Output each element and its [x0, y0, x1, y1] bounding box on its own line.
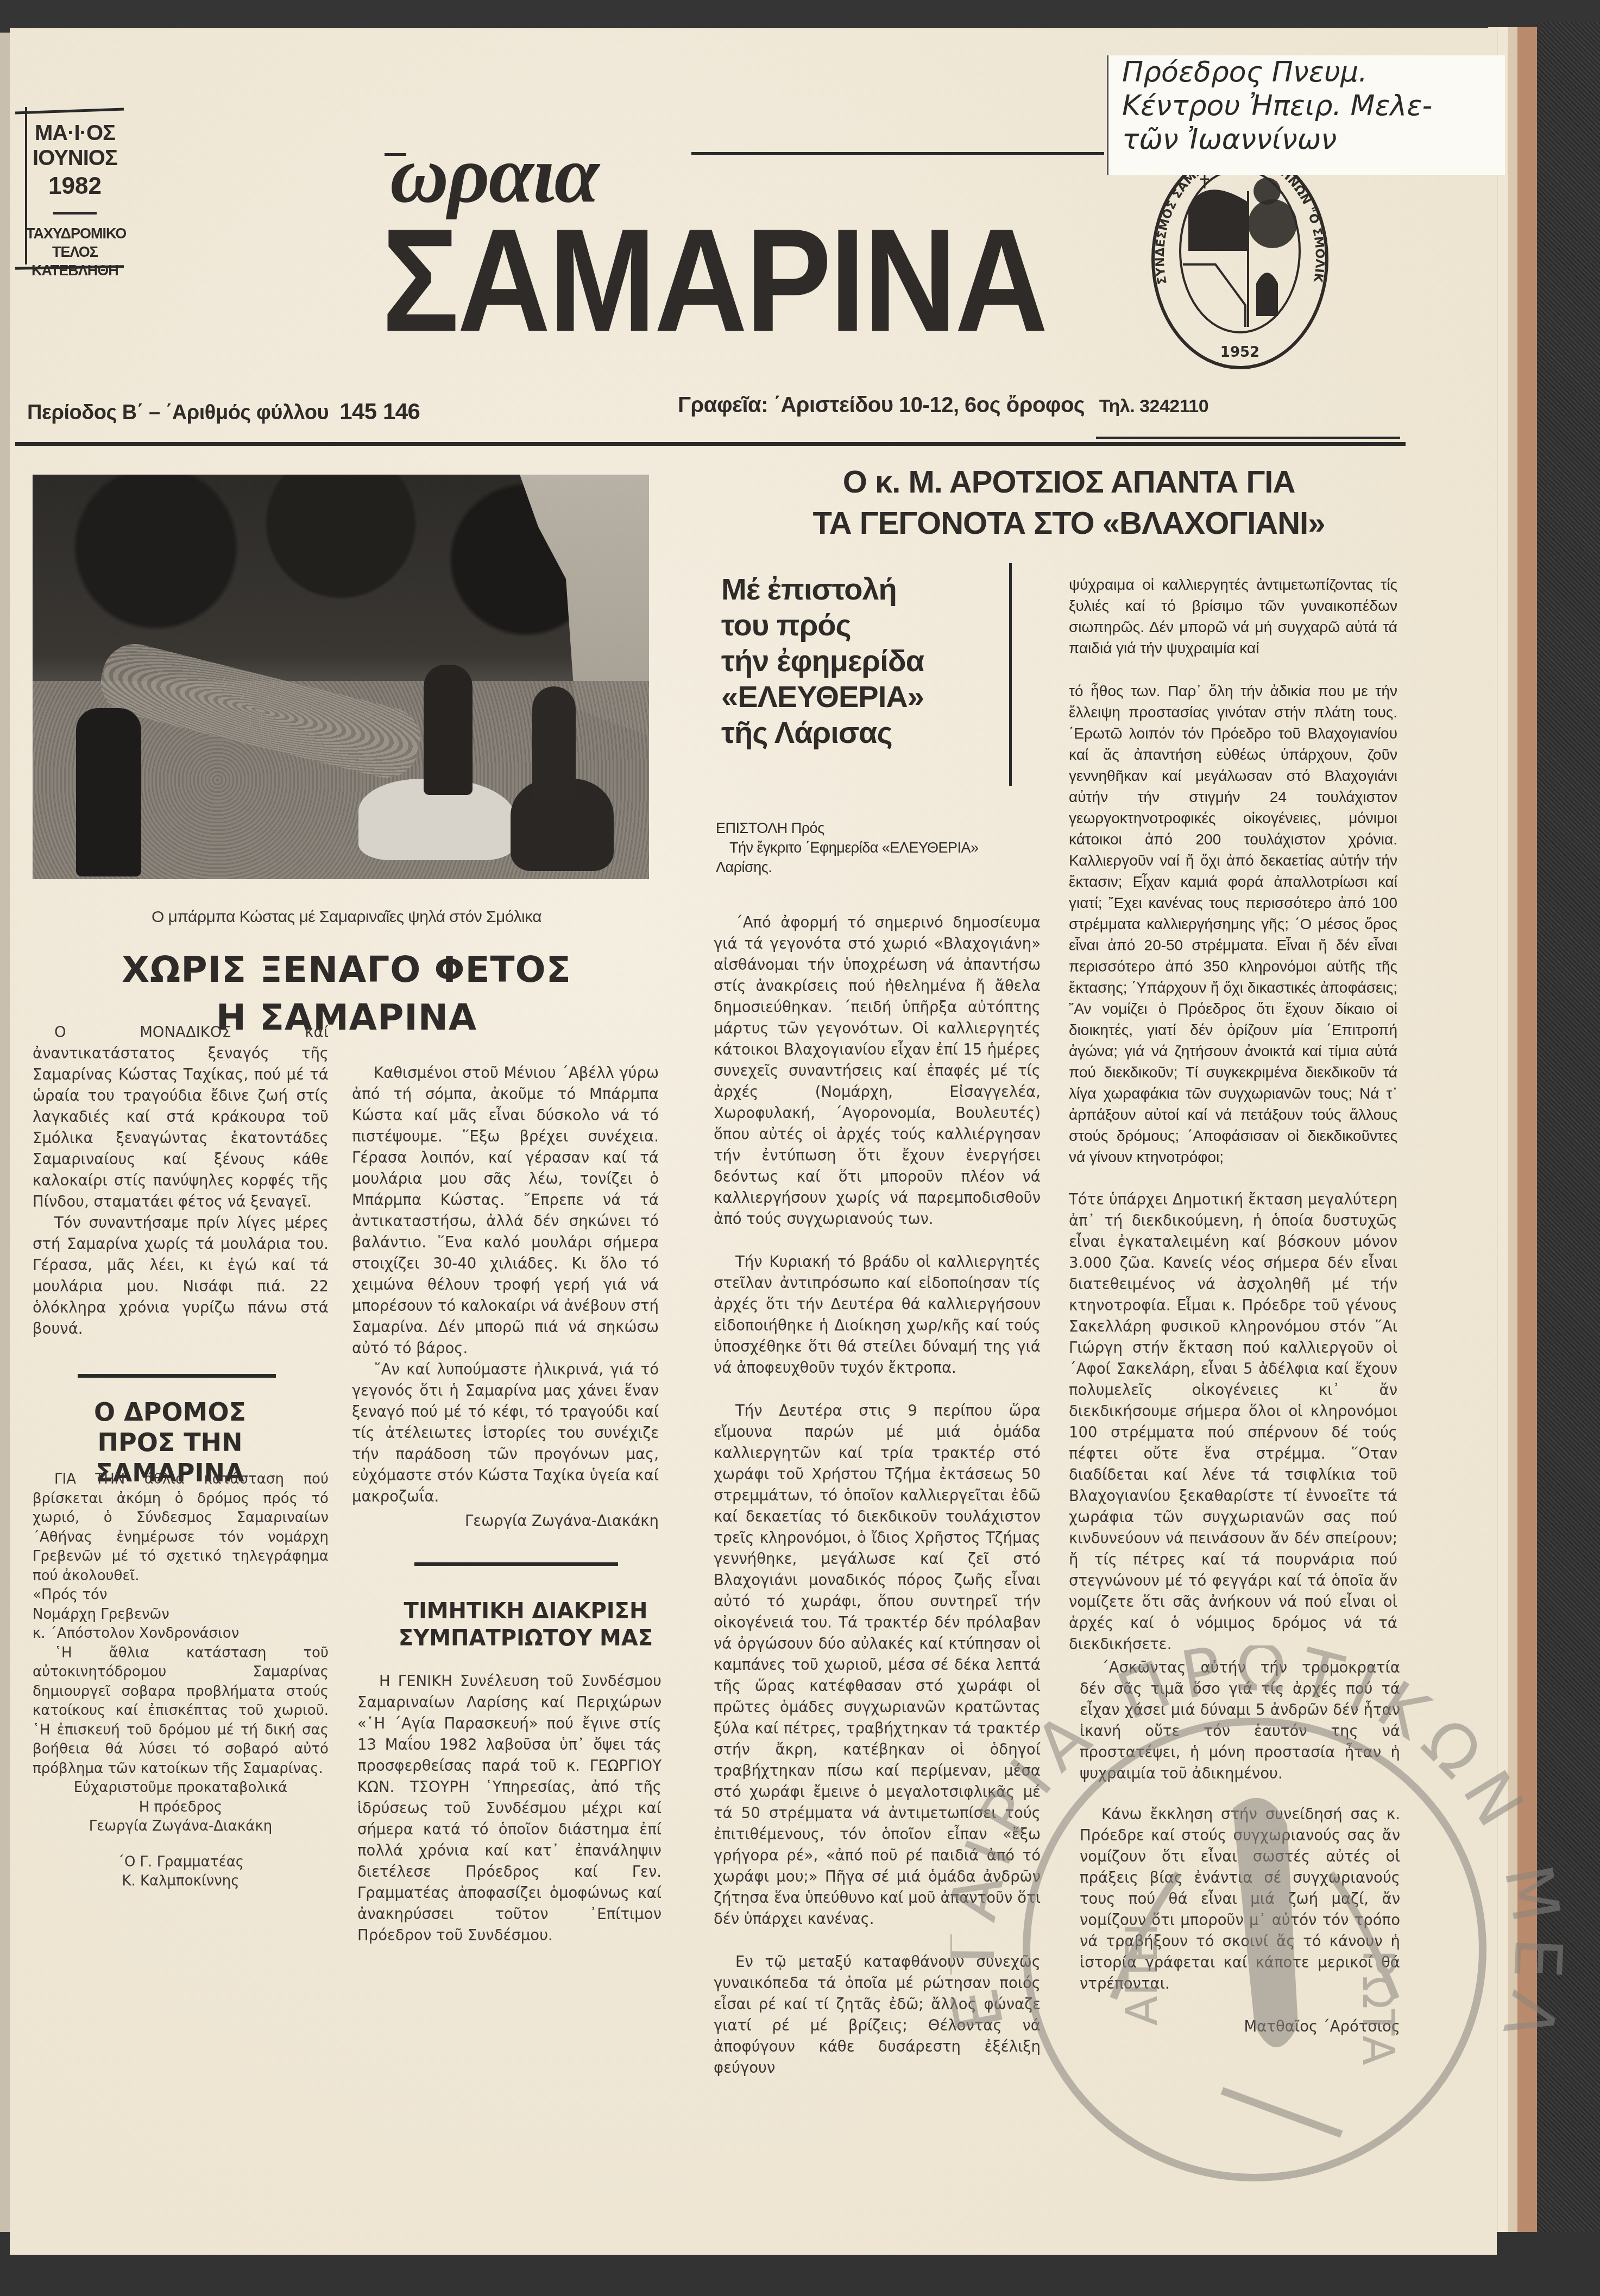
issue-info: Περίοδος Β΄ – ΄Αριθμός φύλλου 145 146 — [27, 399, 420, 425]
photo-rider-1 — [424, 665, 473, 795]
issue-year: 1982 — [26, 173, 124, 200]
subheadline-line: Μέ ἐπιστολή — [721, 571, 944, 607]
article-vlachogiani-column-2: ψύχραιμα οἱ καλλιεργητές ἀντιμετωπίζοντα… — [1069, 574, 1397, 1655]
paragraph: ψύχραιμα οἱ καλλιεργητές ἀντιμετωπίζοντα… — [1069, 574, 1397, 659]
paragraph: ῎Αν καί λυπούμαστε ἠλικρινά, γιά τό γεγο… — [352, 1359, 659, 1507]
paragraph: Κάνω ἔκκληση στήν συνείδησή σας κ. Πρόεδ… — [1080, 1804, 1400, 1995]
handwritten-note: Πρόεδρος Πνευμ. Κέντρου Ἠπειρ. Μελε- τῶν… — [1107, 55, 1505, 175]
secretary-line: Κ. Καλμποκίννης — [33, 1872, 329, 1891]
telegram-text: ῾Η ἄθλια κατάσταση τοῦ αὐτοκινητόδρομου … — [33, 1644, 329, 1779]
note-line-3: τῶν Ἰωαννίνων — [1108, 123, 1505, 156]
paragraph: Τότε ὑπάρχει Δημοτική ἔκταση μεγαλύτερη … — [1069, 1189, 1397, 1655]
article-vlachogiani-signature: Ματθαῖος ΄Αρότσιος — [1080, 2016, 1400, 2038]
paragraph: Τόν συναντήσαμε πρίν λίγες μέρες στή Σαμ… — [33, 1213, 329, 1340]
binder-cover-right — [1535, 22, 1600, 2296]
photo-old-man — [76, 708, 141, 876]
paragraph: Τήν Δευτέρα στις 9 περίπου ὥρα εἴμουνα π… — [714, 1401, 1041, 1930]
article-honor-body: Η ΓΕΝΙΚΗ Συνέλευση τοῦ Συνδέσμου Σαμαριν… — [357, 1671, 662, 1946]
paragraph: ΓΙΑ ΤΗΝ ἄθλια κατάσταση πού βρίσκεται ἀκ… — [33, 1470, 329, 1586]
paragraph: Τήν Κυριακή τό βράδυ οἱ καλλιεργητές στε… — [714, 1252, 1041, 1379]
issue-month-1: ΜΑ·Ι·ΟΣ — [26, 121, 124, 146]
divider — [53, 212, 97, 215]
paragraph: ΄Από ἀφορμή τό σημερινό δημοσίευμα γιά τ… — [714, 912, 1041, 1230]
subheadline-line: τήν ἐφημερίδα — [721, 643, 944, 679]
paragraph: Η ΓΕΝΙΚΗ Συνέλευση τοῦ Συνδέσμου Σαμαριν… — [357, 1671, 662, 1946]
subheadline-line: «ΕΛΕΥΘΕΡΙΑ» — [721, 679, 944, 715]
addressing-line: Τήν ἔγκριτο ΄Εφημερίδα «ΕΛΕΥΘΕΡΙΑ» — [716, 838, 1053, 857]
article-honor-headline: ΤΙΜΗΤΙΚΗ ΔΙΑΚΡΙΣΗ ΣΥΜΠΑΤΡΙΩΤΟΥ ΜΑΣ — [385, 1598, 667, 1652]
masthead-bottom-rule — [15, 442, 1406, 446]
paragraph: τό ἦθος των. Παρ᾿ ὅλη τήν ἀδικία που με … — [1069, 680, 1397, 1168]
binder-cover-top — [0, 0, 1600, 33]
headline-line-1: ΤΙΜΗΤΙΚΗ ΔΙΑΚΡΙΣΗ — [385, 1598, 667, 1625]
paragraph: Καθισμένοι στοῦ Μένιου ΄Αβέλλ γύρω ἀπό τ… — [352, 1063, 659, 1359]
article-vlachogiani-column-1: ΄Από ἀφορμή τό σημερινό δημοσίευμα γιά τ… — [714, 912, 1041, 2101]
article-guide-column-1: Ο ΜΟΝΑΔΙΚΟΣ καί ἀναντικατάστατος ξεναγός… — [33, 1022, 329, 1340]
article-guide-column-2: Καθισμένοι στοῦ Μένιου ΄Αβέλλ γύρω ἀπό τ… — [352, 1063, 659, 1532]
photo-rider-2 — [532, 686, 576, 800]
headline-line-2: ΤΑ ΓΕΓΟΝΟΤΑ ΣΤΟ «ΒΛΑΧΟΓΙΑΝΙ» — [716, 503, 1422, 544]
article-vlachogiani-subheadline: Μέ ἐπιστολή του πρός τήν ἐφημερίδα «ΕΛΕΥ… — [721, 571, 944, 750]
article-vlachogiani-column-3: ΄Ασκῶντας αὐτήν τήν τρομοκρατία δέν σᾶς … — [1080, 1657, 1400, 2038]
issue-month-2: ΙΟΥΝΙΟΣ — [26, 146, 124, 171]
addressing-line: ΕΠΙΣΤΟΛΗ Πρός — [716, 818, 1053, 838]
association-emblem-icon: ΣΥΝΔΕΣΜΟΣ ΣΑΜΑΡΙΝΑΙΩΝ ΑΘΗΝΩΝ "Ο ΣΜΟΛΙΚΑΣ… — [1145, 142, 1335, 381]
article-vlachogiani-headline: Ο κ. Μ. ΑΡΟΤΣΙΟΣ ΑΠΑΝΤΑ ΓΙΑ ΤΑ ΓΕΓΟΝΟΤΑ … — [716, 462, 1422, 544]
article-guide-signature: Γεωργία Ζωγάνα-Διακάκη — [352, 1511, 659, 1532]
paragraph: Ο ΜΟΝΑΔΙΚΟΣ καί ἀναντικατάστατος ξεναγός… — [33, 1022, 329, 1213]
section-divider — [414, 1562, 618, 1566]
paragraph: Εν τῷ μεταξύ καταφθάνουν συνεχῶς γυναικό… — [714, 1952, 1041, 2079]
addressee-line: Νομάρχη Γρεβενῶν — [33, 1605, 329, 1625]
closing-line: Εὐχαριστοῦμε προκαταβολικά — [33, 1778, 329, 1798]
section-divider — [78, 1374, 276, 1378]
headline-line-2: ΠΡΟΣ ΤΗΝ — [42, 1427, 298, 1458]
paragraph: ΄Ασκῶντας αὐτήν τήν τρομοκρατία δέν σᾶς … — [1080, 1657, 1400, 1784]
addressing-line: Λαρίσης. — [716, 857, 1053, 877]
emblem-year: 1952 — [1220, 344, 1259, 361]
issue-period: Περίοδος Β΄ – ΄Αριθμός φύλλου — [27, 401, 329, 424]
phone-number: Τηλ. 3242110 — [1099, 396, 1208, 417]
newspaper-page: ΜΑ·Ι·ΟΣ ΙΟΥΝΙΟΣ 1982 ΤΑΧΥΔΡΟΜΙΚΟ ΤΕΛΟΣ Κ… — [10, 28, 1497, 2255]
masthead-title-main: ΣΑΜΑΡΙΝΑ — [382, 207, 1046, 354]
postal-note-line-2: ΚΑΤΕΒΛΗΘΗ — [26, 261, 124, 280]
masthead-under-rule — [1096, 437, 1400, 439]
note-line-1: Πρόεδρος Πνευμ. — [1108, 55, 1505, 89]
article-road-body: ΓΙΑ ΤΗΝ ἄθλια κατάσταση πού βρίσκεται ἀκ… — [33, 1470, 329, 1891]
note-line-2: Κέντρου Ἠπειρ. Μελε- — [1108, 89, 1505, 123]
postal-note-line-1: ΤΑΧΥΔΡΟΜΙΚΟ ΤΕΛΟΣ — [26, 224, 124, 261]
photo-mule-riders — [33, 475, 649, 879]
photo-caption: Ο μπάρμπα Κώστας μέ Σαμαριναῖες ψηλά στό… — [53, 908, 640, 926]
headline-line-1: Ο ΔΡΟΜΟΣ — [42, 1397, 298, 1427]
headline-line-1: ΧΩΡΙΣ ΞΕΝΑΓΟ ΦΕΤΟΣ — [42, 946, 651, 994]
headline-line-2: ΣΥΜΠΑΤΡΙΩΤΟΥ ΜΑΣ — [385, 1625, 667, 1652]
masthead-date-block: ΜΑ·Ι·ΟΣ ΙΟΥΝΙΟΣ 1982 ΤΑΧΥΔΡΟΜΙΚΟ ΤΕΛΟΣ Κ… — [26, 121, 124, 280]
addressee-line: «Πρός τόν — [33, 1586, 329, 1605]
offices-label: Γραφεῖα: ΄Αριστείδου 10-12, 6ος ὄροφος — [678, 393, 1085, 417]
headline-line-1: Ο κ. Μ. ΑΡΟΤΣΙΟΣ ΑΠΑΝΤΑ ΓΙΑ — [716, 462, 1422, 503]
closing-line: Γεωργία Ζωγάνα-Διακάκη — [33, 1817, 329, 1837]
masthead-top-rule — [691, 152, 1104, 155]
vertical-divider — [1009, 563, 1012, 786]
secretary-line: ΄Ο Γ. Γραμματέας — [33, 1853, 329, 1872]
subheadline-line: τῆς Λάρισας — [721, 715, 944, 750]
addressee-line: κ. ΄Απόστολον Χονδρονάσιον — [33, 1624, 329, 1644]
issue-number: 145 146 — [339, 399, 420, 424]
office-address: Γραφεῖα: ΄Αριστείδου 10-12, 6ος ὄροφος Τ… — [678, 393, 1208, 418]
subheadline-line: του πρός — [721, 607, 944, 643]
letter-addressing: ΕΠΙΣΤΟΛΗ Πρός Τήν ἔγκριτο ΄Εφημερίδα «ΕΛ… — [716, 818, 1053, 877]
closing-line: Η πρόεδρος — [33, 1798, 329, 1818]
